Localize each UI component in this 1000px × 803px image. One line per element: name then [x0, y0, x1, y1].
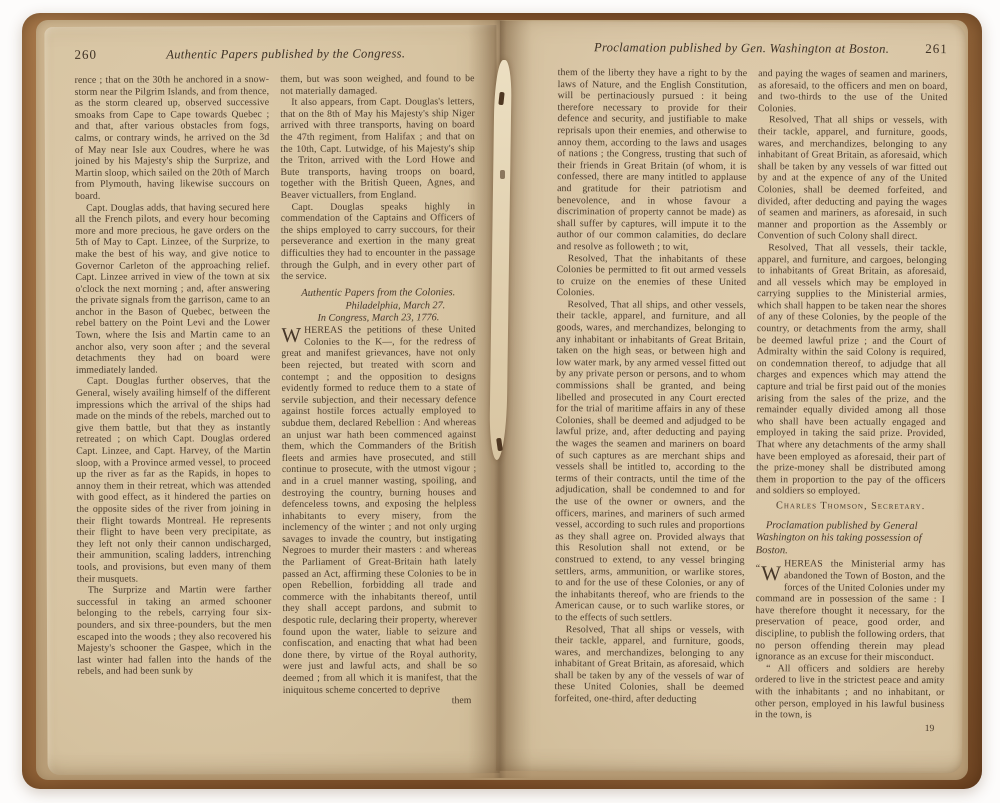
paragraph: Resolved, That all vessels, their tackle…	[756, 242, 947, 498]
paragraph: Capt. Douglas further observes, that the…	[76, 375, 271, 585]
page-number-right: 261	[925, 41, 948, 57]
left-page-columns: rence ; that on the 30th he anchored in …	[75, 73, 478, 769]
paragraph: Capt. Douglas speaks highly in commendat…	[281, 201, 476, 283]
left-page-column-1: rence ; that on the 30th he anchored in …	[75, 74, 273, 769]
right-page-header: Proclamation published by Gen. Washingto…	[558, 39, 948, 65]
signature-mark: 19	[755, 723, 945, 734]
running-title-right: Proclamation published by Gen. Washingto…	[558, 40, 926, 57]
left-page-header: 260 Authentic Papers published by the Co…	[74, 45, 474, 71]
right-page-columns: them of the liberty they have a right to…	[554, 67, 948, 763]
book-photo: 260 Authentic Papers published by the Co…	[0, 0, 1000, 803]
paragraph: “ All officers and soldiers are hereby o…	[755, 663, 945, 722]
running-title-left: Authentic Papers published by the Congre…	[97, 46, 475, 63]
paragraph: and paying the wages of seamen and marin…	[758, 68, 948, 115]
right-page-column-2: and paying the wages of seamen and marin…	[755, 68, 948, 763]
paragraph-whereas: “WHEREAS the Ministerial army has abando…	[755, 559, 945, 664]
section-heading: Authentic Papers from the Colonies.	[281, 287, 476, 300]
paragraph-whereas: WHEREAS the petitions of these United Co…	[281, 324, 477, 696]
paragraph: rence ; that on the 30th he anchored in …	[75, 74, 270, 202]
right-page: Proclamation published by Gen. Washingto…	[496, 21, 966, 773]
right-page-column-1: them of the liberty they have a right to…	[554, 67, 747, 762]
paragraph: It also appears, from Capt. Douglas's le…	[280, 96, 475, 201]
paragraph: Resolved, That all ships, and other vess…	[555, 299, 746, 625]
paragraph: Resolved, That all ships or vessels, wit…	[554, 624, 744, 706]
paragraph: them of the liberty they have a right to…	[557, 67, 747, 253]
paragraph: Capt. Douglas adds, that having secured …	[75, 202, 270, 377]
catchword: them	[283, 695, 478, 707]
drop-cap: “W	[756, 559, 785, 584]
paragraph: them, but was soon weighed, and found to…	[280, 73, 475, 97]
binding-stitch	[500, 170, 505, 179]
left-page-column-2: them, but was soon weighed, and found to…	[280, 73, 478, 768]
secretary-signature: Charles Thomson, Secretary.	[756, 500, 946, 513]
paragraph: Resolved, That the inhabitants of these …	[557, 253, 747, 300]
dateline-congress: In Congress, March 23, 1776.	[281, 312, 476, 325]
left-page: 260 Authentic Papers published by the Co…	[44, 25, 499, 775]
dateline-place: Philadelphia, March 27.	[281, 300, 476, 313]
section-heading: Proclamation published by General Washin…	[756, 520, 946, 558]
paragraph: The Surprize and Martin were farther suc…	[77, 584, 272, 678]
drop-cap: W	[281, 325, 304, 345]
paragraph: Resolved, That all ships or vessels, wit…	[757, 115, 947, 244]
page-number-left: 260	[74, 47, 97, 63]
